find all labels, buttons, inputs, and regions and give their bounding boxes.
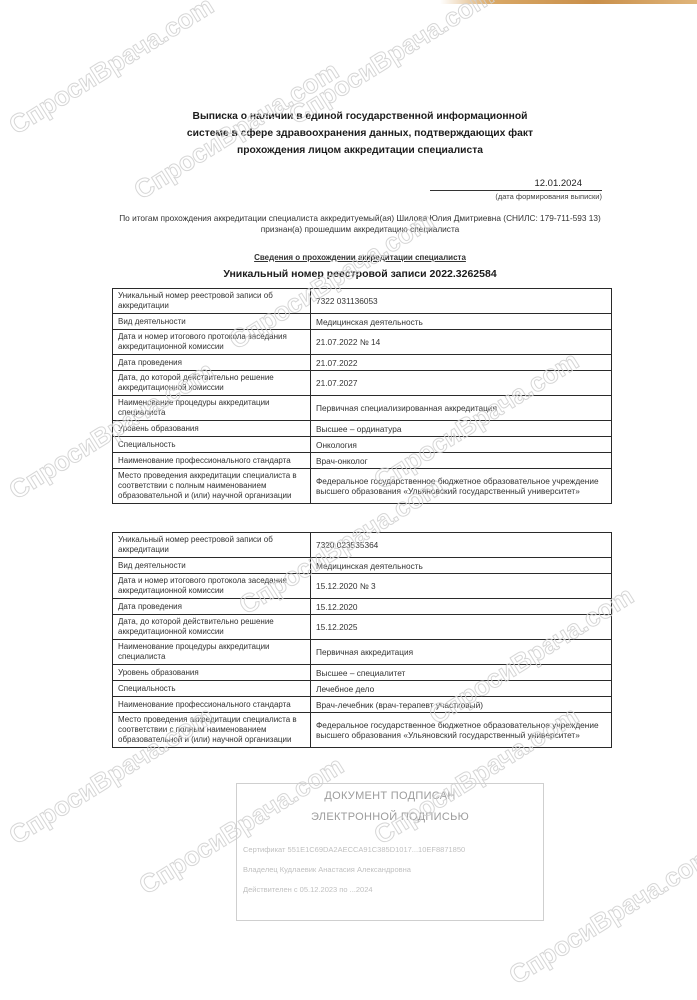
- field-value: Лечебное дело: [311, 681, 612, 697]
- field-label: Дата и номер итогового протокола заседан…: [113, 574, 311, 599]
- field-value: Высшее – ординатура: [311, 421, 612, 437]
- registry-number: Уникальный номер реестровой записи 2022.…: [180, 268, 540, 280]
- table-row: Уровень образованияВысшее – специалитет: [113, 665, 612, 681]
- field-value: 21.07.2022 № 14: [311, 330, 612, 355]
- field-label: Уникальный номер реестровой записи об ак…: [113, 533, 311, 558]
- field-label: Вид деятельности: [113, 314, 311, 330]
- table-row: Место проведения аккредитации специалист…: [113, 713, 612, 748]
- intro-line: признан(а) прошедшим аккредитацию специа…: [100, 224, 620, 235]
- title-line: Выписка о наличии в единой государственн…: [150, 108, 570, 125]
- table-row: Вид деятельностиМедицинская деятельность: [113, 314, 612, 330]
- issue-date: 12.01.2024: [430, 178, 602, 191]
- issue-date-caption: (дата формирования выписки): [430, 192, 602, 201]
- document-page: Выписка о наличии в единой государственн…: [0, 0, 697, 1000]
- field-value: Высшее – специалитет: [311, 665, 612, 681]
- field-label: Уровень образования: [113, 665, 311, 681]
- document-title: Выписка о наличии в единой государственн…: [150, 108, 570, 159]
- field-label: Дата проведения: [113, 355, 311, 371]
- field-label: Специальность: [113, 437, 311, 453]
- field-value: Первичная специализированная аккредитаци…: [311, 396, 612, 421]
- field-value: Медицинская деятельность: [311, 314, 612, 330]
- accreditation-table-1: Уникальный номер реестровой записи об ак…: [112, 288, 612, 504]
- table-row: Дата и номер итогового протокола заседан…: [113, 574, 612, 599]
- field-value: 15.12.2020 № 3: [311, 574, 612, 599]
- field-label: Место проведения аккредитации специалист…: [113, 713, 311, 748]
- field-value: Первичная аккредитация: [311, 640, 612, 665]
- field-value: Федеральное государственное бюджетное об…: [311, 713, 612, 748]
- table-row: Наименование профессионального стандарта…: [113, 453, 612, 469]
- intro-text: По итогам прохождения аккредитации специ…: [100, 213, 620, 235]
- field-value: Медицинская деятельность: [311, 558, 612, 574]
- field-value: Врач-лечебник (врач-терапевт участковый): [311, 697, 612, 713]
- table-row: Уникальный номер реестровой записи об ак…: [113, 289, 612, 314]
- field-label: Вид деятельности: [113, 558, 311, 574]
- field-label: Наименование процедуры аккредитации спец…: [113, 396, 311, 421]
- field-label: Наименование процедуры аккредитации спец…: [113, 640, 311, 665]
- table-row: Дата, до которой действительно решение а…: [113, 615, 612, 640]
- field-label: Дата проведения: [113, 599, 311, 615]
- field-label: Уникальный номер реестровой записи об ак…: [113, 289, 311, 314]
- table-row: Дата проведения15.12.2020: [113, 599, 612, 615]
- signature-owner: Владелец Кудлаевик Анастасия Александров…: [243, 865, 543, 874]
- field-value: Онкология: [311, 437, 612, 453]
- table-row: Наименование профессионального стандарта…: [113, 697, 612, 713]
- field-value: 7320 023535364: [311, 533, 612, 558]
- section-heading: Сведения о прохождении аккредитации спец…: [200, 253, 520, 262]
- table-row: Уровень образованияВысшее – ординатура: [113, 421, 612, 437]
- table-row: Наименование процедуры аккредитации спец…: [113, 640, 612, 665]
- field-value: Федеральное государственное бюджетное об…: [311, 469, 612, 504]
- electronic-signature-stamp: ДОКУМЕНТ ПОДПИСАН ЭЛЕКТРОННОЙ ПОДПИСЬЮ С…: [236, 783, 544, 921]
- table-row: Уникальный номер реестровой записи об ак…: [113, 533, 612, 558]
- accreditation-table-2: Уникальный номер реестровой записи об ак…: [112, 532, 612, 748]
- signature-validity: Действителен с 05.12.2023 по ...2024: [243, 885, 543, 894]
- signature-title: ДОКУМЕНТ ПОДПИСАН: [237, 790, 543, 802]
- title-line: прохождения лицом аккредитации специалис…: [150, 142, 570, 159]
- table-row: СпециальностьЛечебное дело: [113, 681, 612, 697]
- field-value: 15.12.2020: [311, 599, 612, 615]
- date-block: 12.01.2024 (дата формирования выписки): [430, 178, 602, 201]
- field-value: Врач-онколог: [311, 453, 612, 469]
- field-value: 21.07.2027: [311, 371, 612, 396]
- field-value: 7322 031136053: [311, 289, 612, 314]
- field-value: 15.12.2025: [311, 615, 612, 640]
- field-label: Наименование профессионального стандарта: [113, 453, 311, 469]
- field-label: Специальность: [113, 681, 311, 697]
- table-row: Наименование процедуры аккредитации спец…: [113, 396, 612, 421]
- table-row: Дата, до которой действительно решение а…: [113, 371, 612, 396]
- table-row: Дата проведения21.07.2022: [113, 355, 612, 371]
- signature-subtitle: ЭЛЕКТРОННОЙ ПОДПИСЬЮ: [237, 811, 543, 823]
- intro-line: По итогам прохождения аккредитации специ…: [100, 213, 620, 224]
- field-label: Дата и номер итогового протокола заседан…: [113, 330, 311, 355]
- field-label: Уровень образования: [113, 421, 311, 437]
- field-label: Дата, до которой действительно решение а…: [113, 615, 311, 640]
- table-row: Дата и номер итогового протокола заседан…: [113, 330, 612, 355]
- field-label: Место проведения аккредитации специалист…: [113, 469, 311, 504]
- table-row: Вид деятельностиМедицинская деятельность: [113, 558, 612, 574]
- field-label: Наименование профессионального стандарта: [113, 697, 311, 713]
- table-row: Место проведения аккредитации специалист…: [113, 469, 612, 504]
- signature-certificate: Сертификат 551E1C69DA2AECCA91C385D1017..…: [243, 845, 543, 854]
- title-line: системе в сфере здравоохранения данных, …: [150, 125, 570, 142]
- table-row: СпециальностьОнкология: [113, 437, 612, 453]
- field-value: 21.07.2022: [311, 355, 612, 371]
- field-label: Дата, до которой действительно решение а…: [113, 371, 311, 396]
